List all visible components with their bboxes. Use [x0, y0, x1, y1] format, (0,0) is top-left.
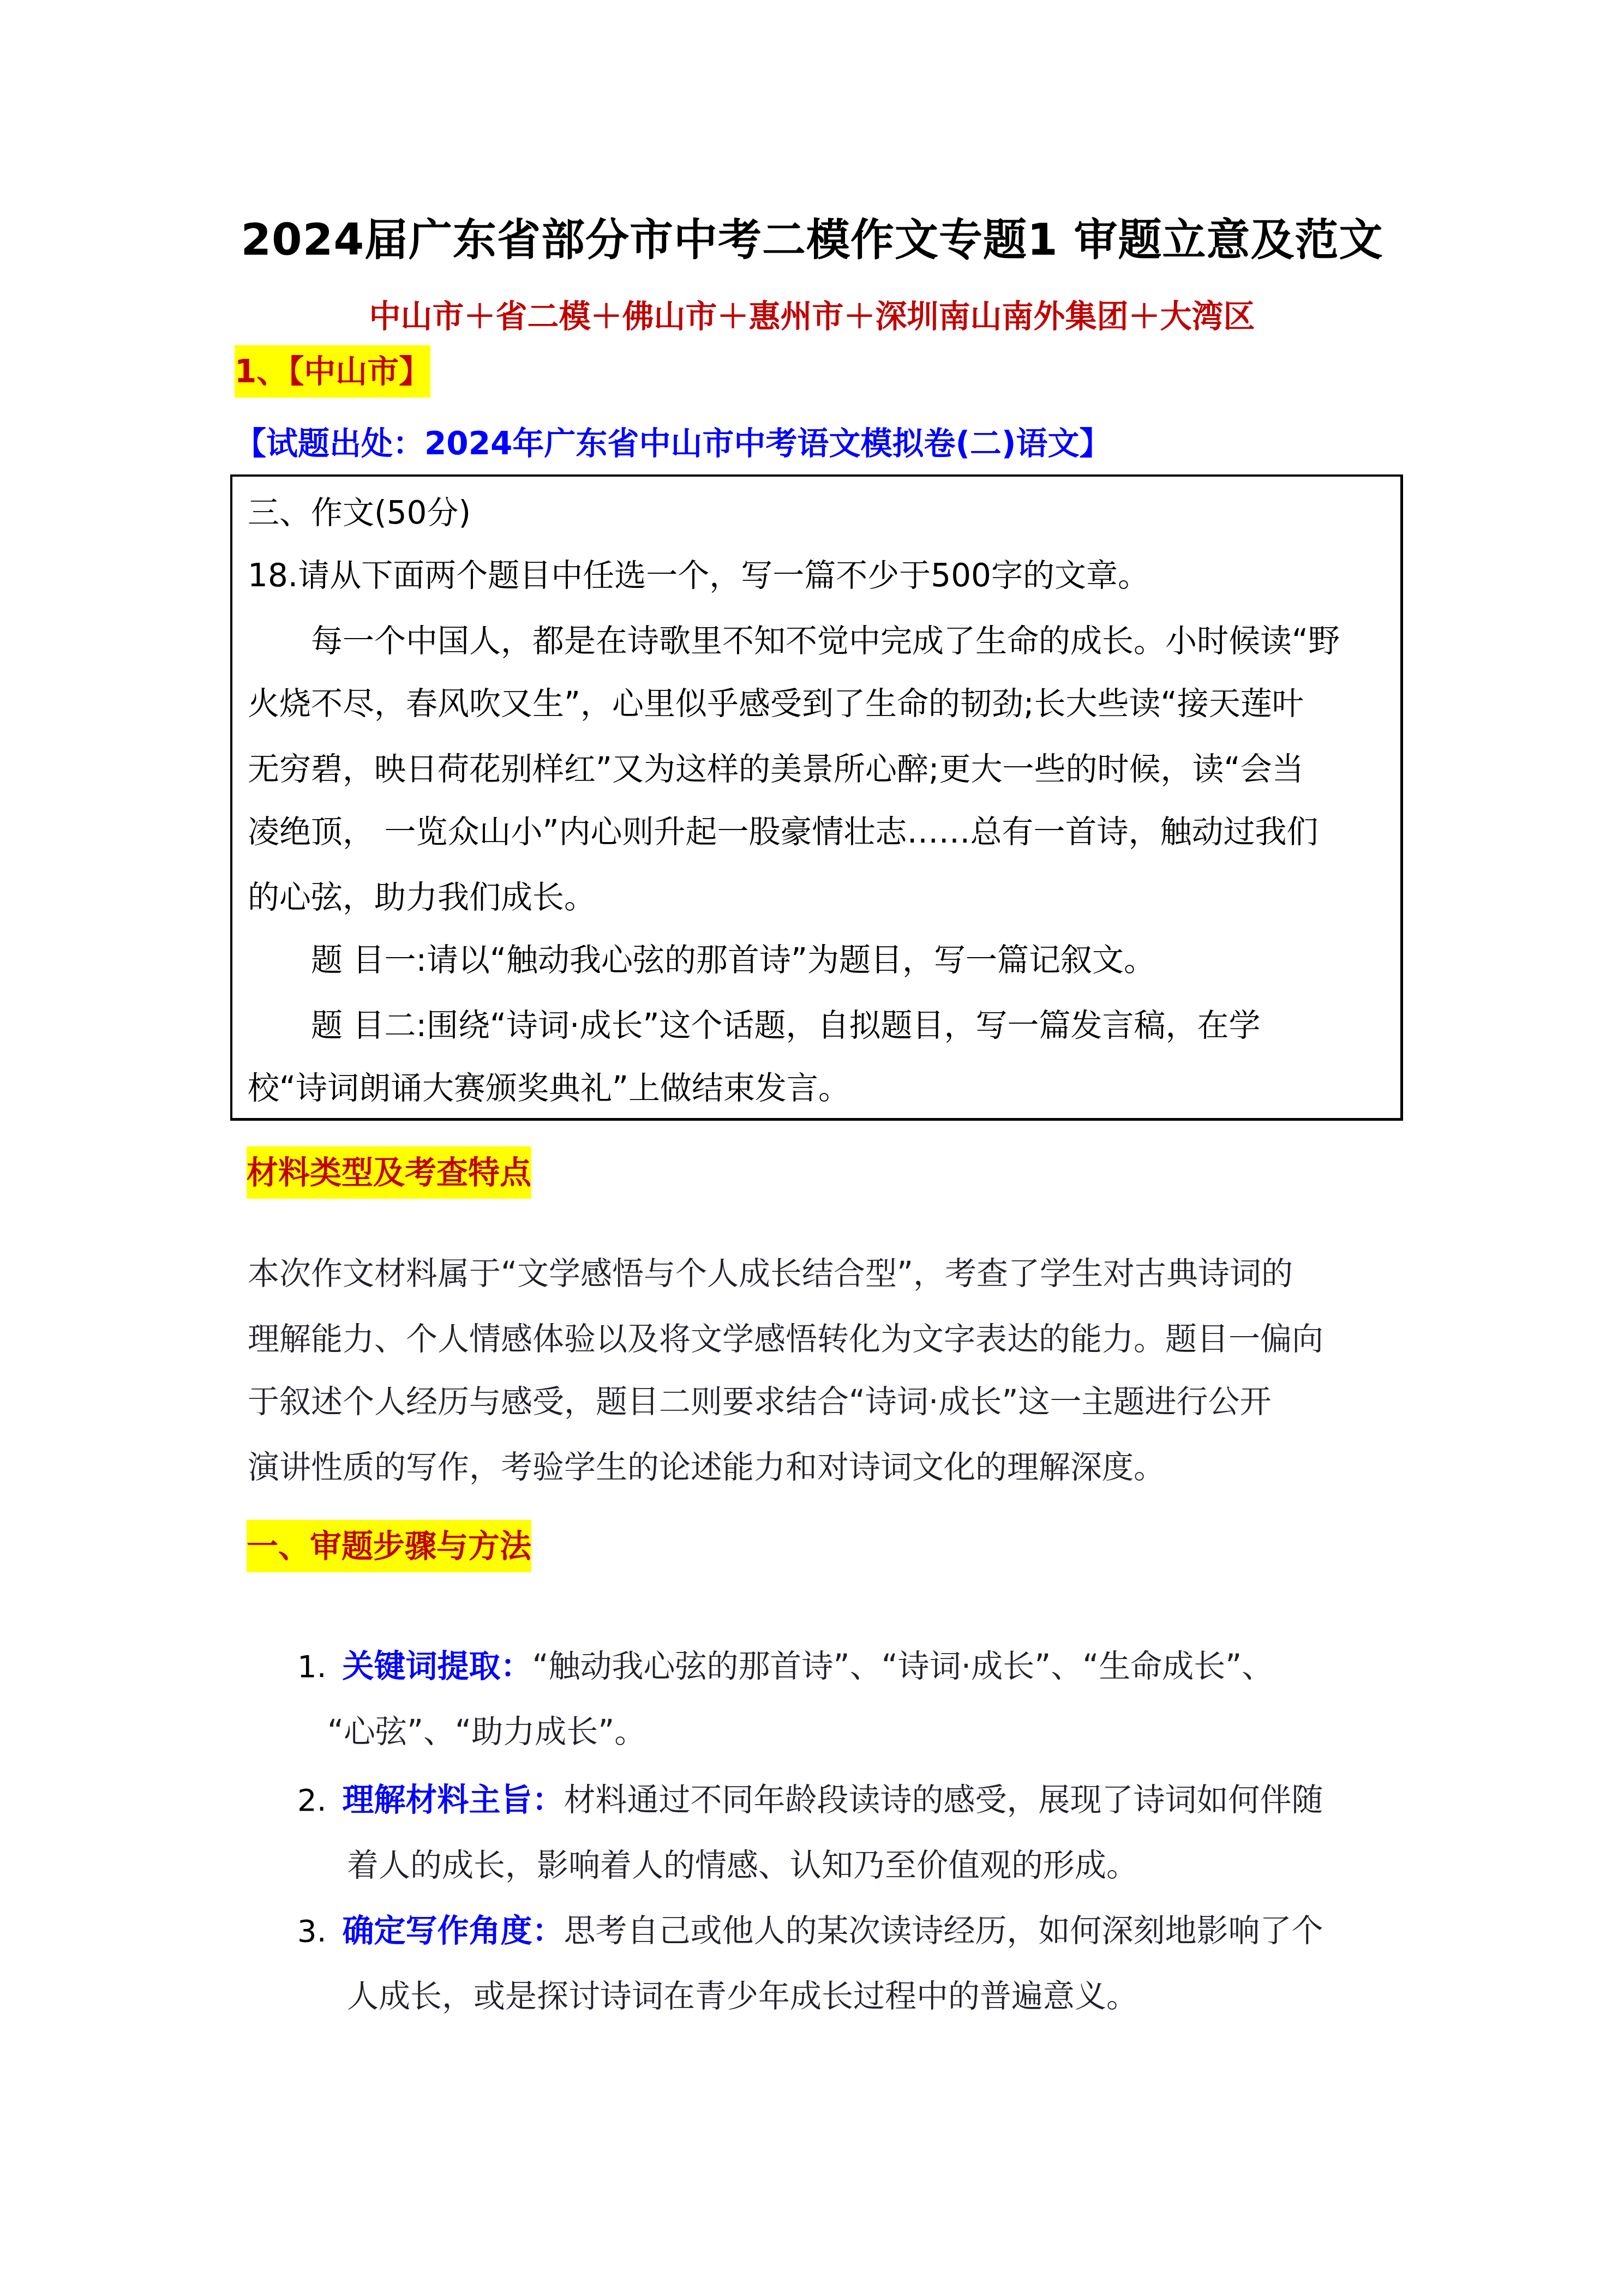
step-item-3: 3. 确定写作角度：思考自己或他人的某次读诗经历，如何深刻地影响了个: [297, 1909, 1323, 1954]
prompt-material-line: 的心弦，助力我们成长。: [248, 875, 596, 919]
step-text: “触动我心弦的那首诗”、“诗词·成长”、“生命成长”、: [532, 1648, 1274, 1685]
step-key-label: 理解材料主旨：: [343, 1781, 564, 1818]
step-key-label: 关键词提取：: [343, 1648, 532, 1685]
step-text: 思考自己或他人的某次读诗经历，如何深刻地影响了个: [564, 1912, 1323, 1949]
step-number: 2.: [297, 1783, 326, 1818]
step-item-1: 1. 关键词提取：“触动我心弦的那首诗”、“诗词·成长”、“生命成长”、: [297, 1644, 1273, 1689]
document-title: 2024届广东省部分市中考二模作文专题1 审题立意及范文: [0, 210, 1624, 270]
prompt-material-line: 无穷碧，映日荷花别样红”又为这样的美景所心醉;更大一些的时候，读“会当: [248, 747, 1304, 791]
prompt-material-line: 凌绝顶， 一览众山小”内心则升起一股豪情壮志……总有一首诗，触动过我们: [248, 810, 1319, 854]
document-subtitle: 中山市＋省二模＋佛山市＋惠州市＋深圳南山南外集团＋大湾区: [0, 294, 1624, 338]
prompt-topic-two-cont: 校“诗词朗诵大赛颁奖典礼”上做结束发言。: [248, 1066, 850, 1110]
material-paragraph-line: 于叙述个人经历与感受，题目二则要求结合“诗词·成长”这一主题进行公开: [248, 1380, 1272, 1423]
material-section-heading: 材料类型及考查特点: [247, 1146, 531, 1199]
step-text-cont: 人成长，或是探讨诗词在青少年成长过程中的普遍意义。: [347, 1974, 1138, 2018]
material-paragraph-line: 本次作文材料属于“文学感悟与个人成长结合型”，考查了学生对古典诗词的: [248, 1252, 1293, 1295]
material-paragraph-line: 演讲性质的写作，考验学生的论述能力和对诗词文化的理解深度。: [248, 1445, 1165, 1489]
prompt-material-line: 每一个中国人，都是在诗歌里不知不觉中完成了生命的成长。小时候读“野: [311, 619, 1340, 663]
prompt-heading: 三、作文(50分): [248, 491, 471, 534]
section-label-zhongshan: 1、【中山市】: [235, 345, 430, 398]
step-key-label: 确定写作角度：: [343, 1912, 564, 1949]
prompt-instruction: 18.请从下面两个题目中任选一个，写一篇不少于500字的文章。: [248, 554, 1149, 597]
prompt-material-line: 火烧不尽，春风吹又生”，心里似乎感受到了生命的韧劲;长大些读“接天莲叶: [248, 682, 1304, 725]
steps-section-heading: 一、审题步骤与方法: [247, 1520, 531, 1572]
step-number: 3.: [297, 1914, 326, 1949]
step-item-2: 2. 理解材料主旨：材料通过不同年龄段读诗的感受，展现了诗词如何伴随: [297, 1778, 1323, 1823]
step-number: 1.: [297, 1649, 326, 1685]
prompt-topic-two: 题 目二:围绕“诗词·成长”这个话题，自拟题目，写一篇发言稿，在学: [311, 1003, 1261, 1047]
step-text: 材料通过不同年龄段读诗的感受，展现了诗词如何伴随: [564, 1781, 1323, 1818]
question-source: 【试题出处：2024年广东省中山市中考语文模拟卷(二)语文】: [235, 422, 1111, 465]
step-text-cont: “心弦”、“助力成长”。: [327, 1710, 646, 1753]
prompt-topic-one: 题 目一:请以“触动我心弦的那首诗”为题目，写一篇记叙文。: [311, 938, 1155, 982]
step-text-cont: 着人的成长，影响着人的情感、认知乃至价值观的形成。: [347, 1843, 1138, 1887]
material-paragraph-line: 理解能力、个人情感体验以及将文学感悟转化为文字表达的能力。题目一偏向: [248, 1317, 1323, 1361]
